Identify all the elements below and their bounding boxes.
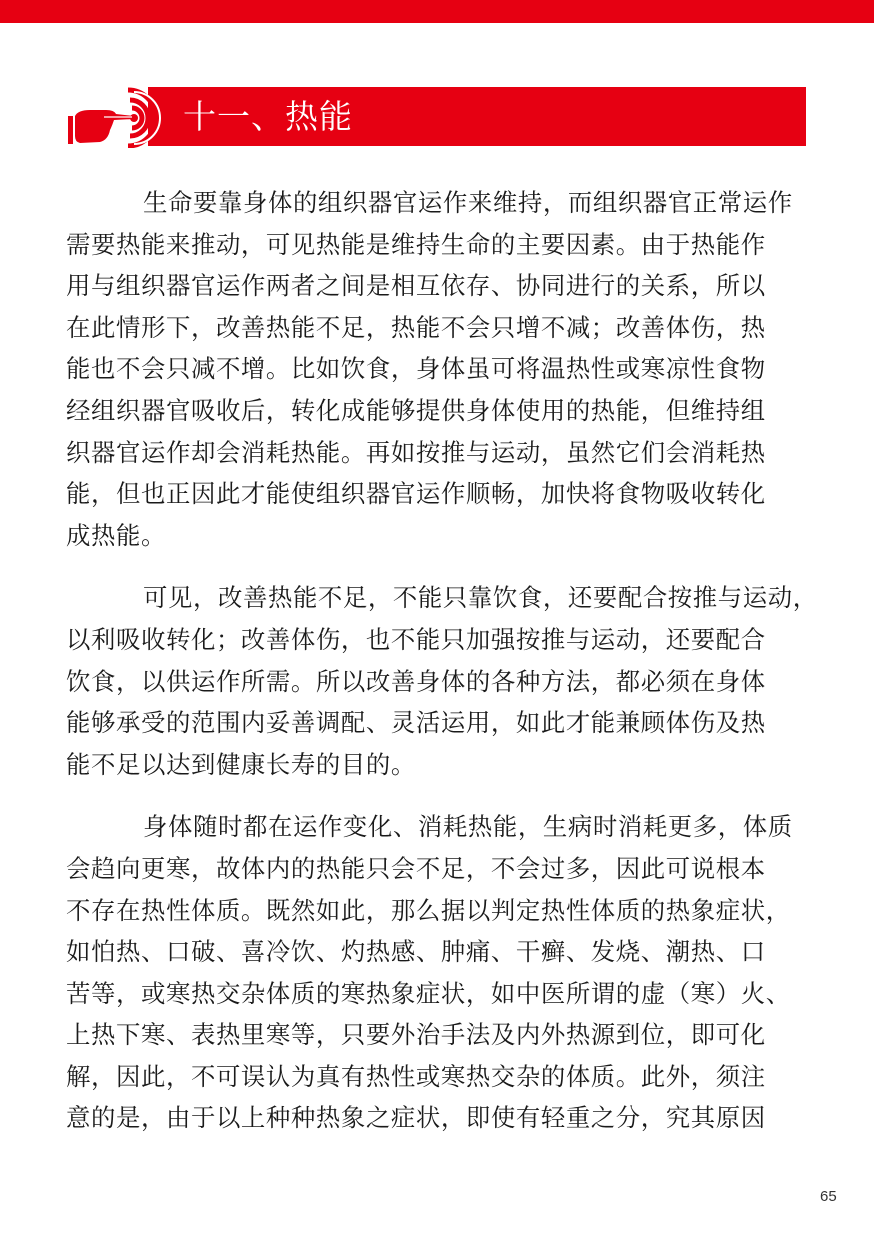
text-line: 可见，改善热能不足，不能只靠饮食，还要配合按推与运动， [66,577,782,619]
text-line: 能够承受的范围内妥善调配、灵活运用，如此才能兼顾体伤及热 [66,702,782,744]
page-number: 65 [820,1188,837,1205]
paragraph-1: 生命要靠身体的组织器官运作来维持，而组织器官正常运作 需要热能来推动，可见热能是… [66,182,782,556]
text-line: 苦等，或寒热交杂体质的寒热象症状，如中医所谓的虚（寒）火、 [66,973,782,1015]
text-line: 饮食，以供运作所需。所以改善身体的各种方法，都必须在身体 [66,661,782,703]
text-line: 能，但也正因此才能使组织器官运作顺畅，加快将食物吸收转化 [66,473,782,515]
text-line: 以利吸收转化；改善体伤，也不能只加强按推与运动，还要配合 [66,619,782,661]
text-line: 成热能。 [66,515,782,557]
text-line: 身体随时都在运作变化、消耗热能，生病时消耗更多，体质 [66,806,782,848]
section-title: 十一、热能 [183,92,353,142]
text-line: 会趋向更寒，故体内的热能只会不足，不会过多，因此可说根本 [66,848,782,890]
text-line: 解，因此，不可误认为真有热性或寒热交杂的体质。此外，须注 [66,1056,782,1098]
text-line: 上热下寒、表热里寒等，只要外治手法及内外热源到位，即可化 [66,1014,782,1056]
paragraph-2: 可见，改善热能不足，不能只靠饮食，还要配合按推与运动， 以利吸收转化；改善体伤，… [66,577,782,785]
text-line: 能不足以达到健康长寿的目的。 [66,744,782,786]
text-line: 在此情形下，改善热能不足，热能不会只增不减；改善体伤，热 [66,307,782,349]
text-line: 如怕热、口破、喜冷饮、灼热感、肿痛、干癣、发烧、潮热、口 [66,931,782,973]
body-text: 生命要靠身体的组织器官运作来维持，而组织器官正常运作 需要热能来推动，可见热能是… [66,182,782,1160]
paragraph-3: 身体随时都在运作变化、消耗热能，生病时消耗更多，体质 会趋向更寒，故体内的热能只… [66,806,782,1139]
text-line: 需要热能来推动，可见热能是维持生命的主要因素。由于热能作 [66,224,782,266]
pointing-hand-target-icon [64,86,172,148]
text-line: 经组织器官吸收后，转化成能够提供身体使用的热能，但维持组 [66,390,782,432]
text-line: 用与组织器官运作两者之间是相互依存、协同进行的关系，所以 [66,265,782,307]
text-line: 不存在热性体质。既然如此，那么据以判定热性体质的热象症状， [66,890,782,932]
text-line: 织器官运作却会消耗热能。再如按推与运动，虽然它们会消耗热 [66,432,782,474]
text-line: 能也不会只减不增。比如饮食，身体虽可将温热性或寒凉性食物 [66,348,782,390]
top-decorative-bar [0,0,874,23]
text-line: 意的是，由于以上种种热象之症状，即使有轻重之分，究其原因 [66,1097,782,1139]
text-line: 生命要靠身体的组织器官运作来维持，而组织器官正常运作 [66,182,782,224]
